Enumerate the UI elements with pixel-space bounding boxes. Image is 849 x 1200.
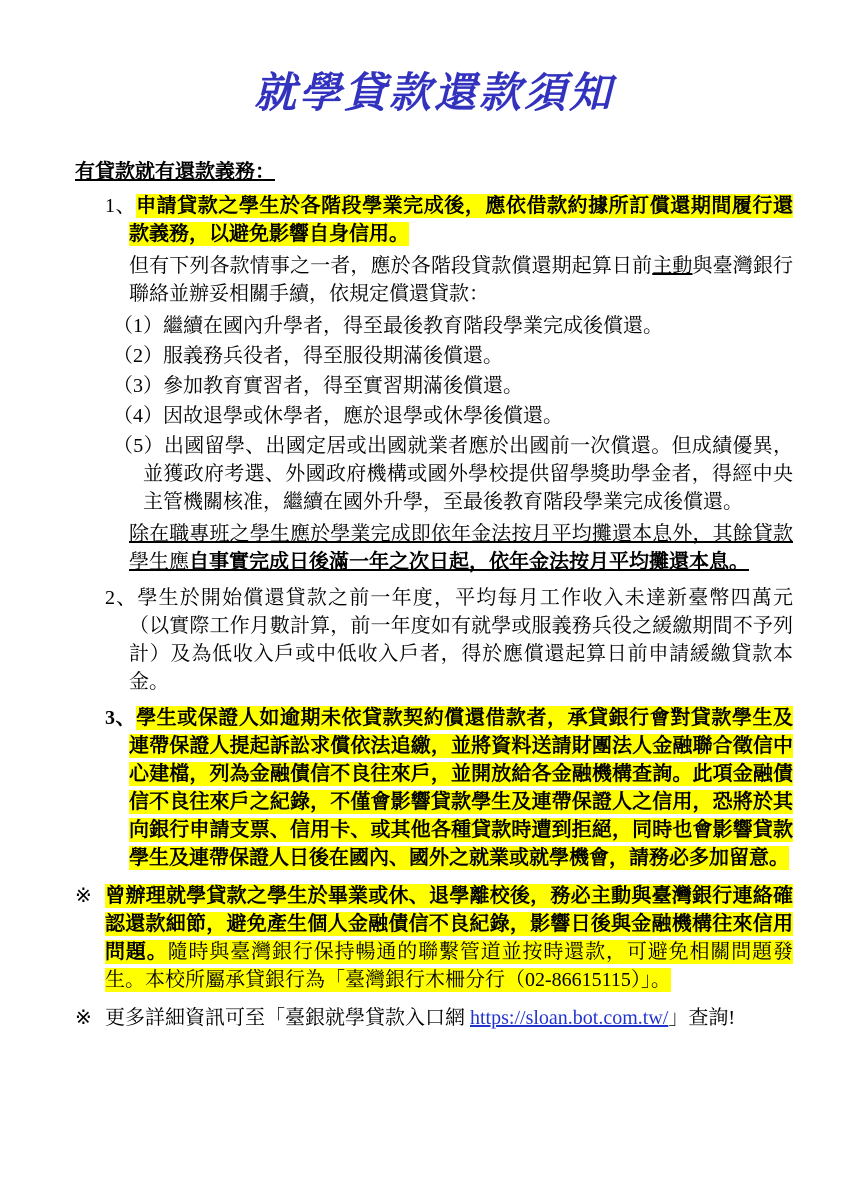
sub-item-5-text: 出國留學、出國定居或出國就業者應於出國前一次償還。但成績優異，並獲政府考選、外國… <box>143 435 793 513</box>
numbered-item-2: 2、學生於開始償還貸款之前一年度，平均每月工作收入未達新臺幣四萬元（以實際工作月… <box>75 584 793 696</box>
document-title: 就學貸款還款須知 <box>75 60 793 120</box>
sub-item-2-marker: （2） <box>113 345 163 367</box>
item-3-marker: 3、 <box>105 707 136 729</box>
document-body: 有貸款就有還款義務： 1、申請貸款之學生於各階段學業完成後，應依借款約據所訂償還… <box>75 158 793 1032</box>
sub-item-2-text: 服義務兵役者，得至服役期滿後償還。 <box>163 345 503 367</box>
paragraph-exception-rule: 除在職專班之學生應於學業完成即依年金法按月平均攤還本息外，其餘貸款學生應自事實完… <box>75 520 793 576</box>
note-2-asterisk-marker: ※ <box>75 1004 105 1032</box>
sloan-portal-link[interactable]: https://sloan.bot.com.tw/ <box>470 1007 668 1029</box>
note-1-normal-text: 隨時與臺灣銀行保持暢通的聯繫管道並按時還款，可避免相關問題發生。本校所屬承貸銀行… <box>105 941 793 991</box>
section-heading: 有貸款就有還款義務： <box>75 158 793 186</box>
exception-rule-bold: 自事實完成日後滿一年之次日起，依年金法按月平均攤還本息。 <box>189 551 749 573</box>
note-2-pre-text: 更多詳細資訊可至「臺銀就學貸款入口網 <box>105 1007 470 1029</box>
sub-item-3: （3）參加教育實習者，得至實習期滿後償還。 <box>75 372 793 400</box>
item-2-text: 學生於開始償還貸款之前一年度，平均每月工作收入未達新臺幣四萬元（以實際工作月數計… <box>129 587 793 693</box>
note-1-asterisk-marker: ※ <box>75 882 105 910</box>
note-1-highlighted-text: 曾辦理就學貸款之學生於畢業或休、退學離校後，務必主動與臺灣銀行連絡確認還款細節，… <box>105 884 793 992</box>
item-1-highlighted-text: 申請貸款之學生於各階段學業完成後，應依借款約據所訂償還期間履行還款義務，以避免影… <box>129 194 793 246</box>
sub-item-3-marker: （3） <box>113 375 163 397</box>
sub-item-4-text: 因故退學或休學者，應於退學或休學後償還。 <box>163 405 563 427</box>
item-3-highlighted-text: 學生或保證人如逾期未依貸款契約償還借款者，承貸銀行會對貸款學生及連帶保證人提起訴… <box>129 706 793 870</box>
item-2-marker: 2、 <box>105 587 137 609</box>
conditions-intro-underlined: 主動 <box>652 255 692 277</box>
note-more-info: ※更多詳細資訊可至「臺銀就學貸款入口網 https://sloan.bot.co… <box>75 1004 793 1032</box>
sub-item-1-marker: （1） <box>113 315 163 337</box>
sub-item-3-text: 參加教育實習者，得至實習期滿後償還。 <box>163 375 523 397</box>
sub-item-4-marker: （4） <box>113 405 163 427</box>
numbered-item-3: 3、學生或保證人如逾期未依貸款契約償還借款者，承貸銀行會對貸款學生及連帶保證人提… <box>75 704 793 872</box>
sub-item-2: （2）服義務兵役者，得至服役期滿後償還。 <box>75 342 793 370</box>
note-bank-contact: ※曾辦理就學貸款之學生於畢業或休、退學離校後，務必主動與臺灣銀行連絡確認還款細節… <box>75 882 793 994</box>
note-2-post-text: 」查詢! <box>668 1007 735 1029</box>
conditions-intro-pre: 但有下列各款情事之一者，應於各階段貸款償還期起算日前 <box>129 255 652 277</box>
sub-item-4: （4）因故退學或休學者，應於退學或休學後償還。 <box>75 402 793 430</box>
paragraph-conditions-intro: 但有下列各款情事之一者，應於各階段貸款償還期起算日前主動與臺灣銀行聯絡並辦妥相關… <box>75 252 793 308</box>
sub-item-1: （1）繼續在國內升學者，得至最後教育階段學業完成後償還。 <box>75 312 793 340</box>
section-heading-text: 有貸款就有還款義務： <box>75 161 275 183</box>
sub-item-5-marker: （5） <box>113 435 164 457</box>
document-page: 就學貸款還款須知 有貸款就有還款義務： 1、申請貸款之學生於各階段學業完成後，應… <box>0 0 849 1032</box>
sub-item-1-text: 繼續在國內升學者，得至最後教育階段學業完成後償還。 <box>163 315 663 337</box>
item-1-marker: 1、 <box>105 195 136 217</box>
numbered-item-1: 1、申請貸款之學生於各階段學業完成後，應依借款約據所訂償還期間履行還款義務，以避… <box>75 192 793 248</box>
sub-item-5: （5）出國留學、出國定居或出國就業者應於出國前一次償還。但成績優異，並獲政府考選… <box>75 432 793 516</box>
